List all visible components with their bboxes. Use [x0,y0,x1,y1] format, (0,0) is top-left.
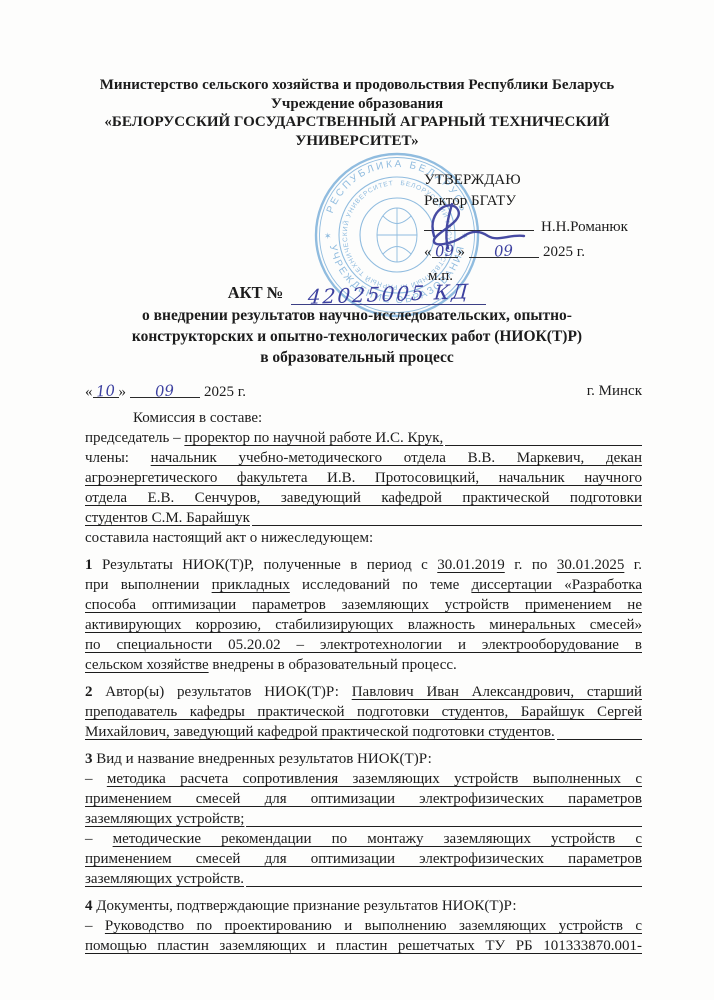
plain-text: составила настоящий акт о нижеследующем: [85,530,373,546]
blank-underline [445,428,642,446]
underlined-text: способа оптимизации параметров заземляющ… [85,597,642,613]
doc-line: помощью пластин заземляющих и пластин ре… [85,936,642,956]
underlined-text: сельском хозяйстве [85,657,209,673]
plain-text: исследований по теме [290,577,472,593]
underlined-text: заземляющих устройств. [85,871,244,887]
date-month-slot: 09 [130,381,200,398]
plain-text: Автор(ы) результатов НИОК(Т)Р: [93,684,352,700]
act-number-slot: 42025005 КД [291,282,486,305]
underlined-text: активирующих коррозию, стабилизирующих в… [85,617,642,633]
underlined-text: помощью пластин заземляющих и пластин ре… [85,938,642,954]
plain-text: при выполнении [85,577,212,593]
doc-line: 3 Вид и название внедренных результатов … [85,749,642,769]
doc-line: при выполнении прикладных исследований п… [85,575,642,595]
underlined-text: Михайлович, заведующий кафедрой практиче… [85,724,555,740]
document-date: «10»092025 г. [85,381,246,402]
underlined-text: 30.01.2025 [557,557,625,573]
plain-text: 4 [85,898,93,914]
blank-underline [252,508,642,526]
act-number-line: АКТ №42025005 КД [0,281,714,305]
doc-line: 4 Документы, подтверждающие признание ре… [85,896,642,916]
doc-line: по специальности 05.20.02 – электротехно… [85,635,642,655]
underlined-text: Павлович Иван Александрович, старший [352,684,642,700]
act-subtitle-line-2: конструкторских и опытно-технологических… [0,326,714,347]
plain-text: Комиссия в составе: [133,410,262,426]
plain-text: члены: [85,450,151,466]
plain-text: Вид и название внедренных результатов НИ… [93,751,432,767]
doc-line: – методические рекомендации по монтажу з… [85,829,642,849]
underlined-text: методические рекомендации по монтажу заз… [113,831,642,847]
underlined-text: применением смесей для оптимизации элект… [85,791,642,807]
underlined-text: агроэнергетического факультета И.В. Прот… [85,470,642,486]
plain-text: 3 [85,751,93,767]
plain-text: 2 [85,684,93,700]
doc-line: – Руководство по проектированию и выполн… [85,916,642,936]
plain-text: – [85,771,107,787]
date-day-slot: 10 [93,381,119,398]
paragraph: Комиссия в составе: [85,408,642,428]
plain-text: 1 [85,557,93,573]
doc-line: члены: начальник учебно-методического от… [85,448,642,468]
rector-signature-icon [412,190,544,256]
act-subtitle-line-1: о внедрении результатов научно-исследова… [0,305,714,326]
document-page: Министерство сельского хозяйства и продо… [0,0,714,1000]
signature-row: Н.Н.Романюк [424,216,642,238]
plain-text: – [85,918,105,934]
act-subtitle-line-3: в образовательный процесс [0,347,714,368]
doc-line: Комиссия в составе: [85,408,642,428]
underlined-text: методика расчета сопротивления заземляющ… [107,771,642,787]
doc-line: заземляющих устройств. [85,869,642,889]
doc-line: председатель – проректор по научной рабо… [85,428,642,448]
doc-line: агроэнергетического факультета И.В. Прот… [85,468,642,488]
underlined-text: преподаватель кафедры практической подго… [85,704,642,720]
underlined-text: отдела Е.В. Сенчуров, заведующий кафедро… [85,490,642,506]
doc-line: – методика расчета сопротивления заземля… [85,769,642,789]
underlined-text: применением смесей для оптимизации элект… [85,851,642,867]
underlined-text: прикладных [212,577,290,593]
approval-title: УТВЕРЖДАЮ [424,170,642,191]
doc-line: Михайлович, заведующий кафедрой практиче… [85,722,642,742]
header-university-name-1: «БЕЛОРУССКИЙ ГОСУДАРСТВЕННЫЙ АГРАРНЫЙ ТЕ… [0,113,714,132]
blank-underline [246,809,642,827]
underlined-text: студентов С.М. Барайшук [85,510,250,526]
date-year: 2025 г. [204,384,246,400]
rector-name: Н.Н.Романюк [541,219,628,235]
doc-line: студентов С.М. Барайшук [85,508,642,528]
doc-line: заземляющих устройств; [85,809,642,829]
plain-text: Результаты НИОК(Т)Р, полученные в период… [93,557,438,573]
underlined-text: начальник учебно-методического отдела В.… [151,450,642,466]
header-ministry: Министерство сельского хозяйства и продо… [0,76,714,95]
header-institution-type: Учреждение образования [0,95,714,114]
doc-line: сельском хозяйстве внедрены в образовате… [85,655,642,675]
plain-text: – [85,831,113,847]
approval-year: 2025 г. [543,244,585,260]
underlined-text: 30.01.2019 [437,557,505,573]
underlined-text: Руководство по проектированию и выполнен… [105,918,642,934]
underlined-text: диссертации «Разработка [471,577,642,593]
underlined-text: заземляющих устройств; [85,811,244,827]
document-city: г. Минск [587,381,642,402]
plain-text: Документы, подтверждающие признание резу… [93,898,517,914]
act-title-block: АКТ №42025005 КД о внедрении результатов… [0,281,714,368]
plain-text: председатель – [85,430,184,446]
date-month-handwritten: 09 [155,380,175,401]
stamp-star-left: ✶ [324,231,332,241]
body-text: Комиссия в составе:председатель – прорек… [85,408,642,956]
blank-underline [557,722,642,740]
document-header: Министерство сельского хозяйства и продо… [0,76,714,150]
doc-line: активирующих коррозию, стабилизирующих в… [85,615,642,635]
underlined-text: проректор по научной работе И.С. Крук, [184,430,443,446]
underlined-text: по специальности 05.20.02 – электротехно… [85,637,642,653]
paragraph: 4 Документы, подтверждающие признание ре… [85,896,642,956]
plain-text: внедрены в образовательный процесс. [209,657,457,673]
paragraph: 3 Вид и название внедренных результатов … [85,749,642,889]
doc-line: 1 Результаты НИОК(Т)Р, полученные в пери… [85,555,642,575]
doc-line: отдела Е.В. Сенчуров, заведующий кафедро… [85,488,642,508]
approval-block: УТВЕРЖДАЮ Ректор БГАТУ Н.Н.Романюк «09»0… [424,170,642,287]
plain-text: г. по [505,557,557,573]
date-day-handwritten: 10 [95,380,115,401]
doc-line: 2 Автор(ы) результатов НИОК(Т)Р: Павлови… [85,682,642,702]
paragraph: председатель – проректор по научной рабо… [85,428,642,548]
paragraph: 1 Результаты НИОК(Т)Р, полученные в пери… [85,555,642,675]
doc-line: составила настоящий акт о нижеследующем: [85,528,642,548]
date-place-line: «10»092025 г. г. Минск [85,381,642,402]
plain-text: г. [624,557,642,573]
doc-line: преподаватель кафедры практической подго… [85,702,642,722]
doc-line: применением смесей для оптимизации элект… [85,789,642,809]
act-label: АКТ № [228,283,284,302]
blank-underline [246,869,642,887]
paragraph: 2 Автор(ы) результатов НИОК(Т)Р: Павлови… [85,682,642,742]
doc-line: применением смесей для оптимизации элект… [85,849,642,869]
doc-line: способа оптимизации параметров заземляющ… [85,595,642,615]
